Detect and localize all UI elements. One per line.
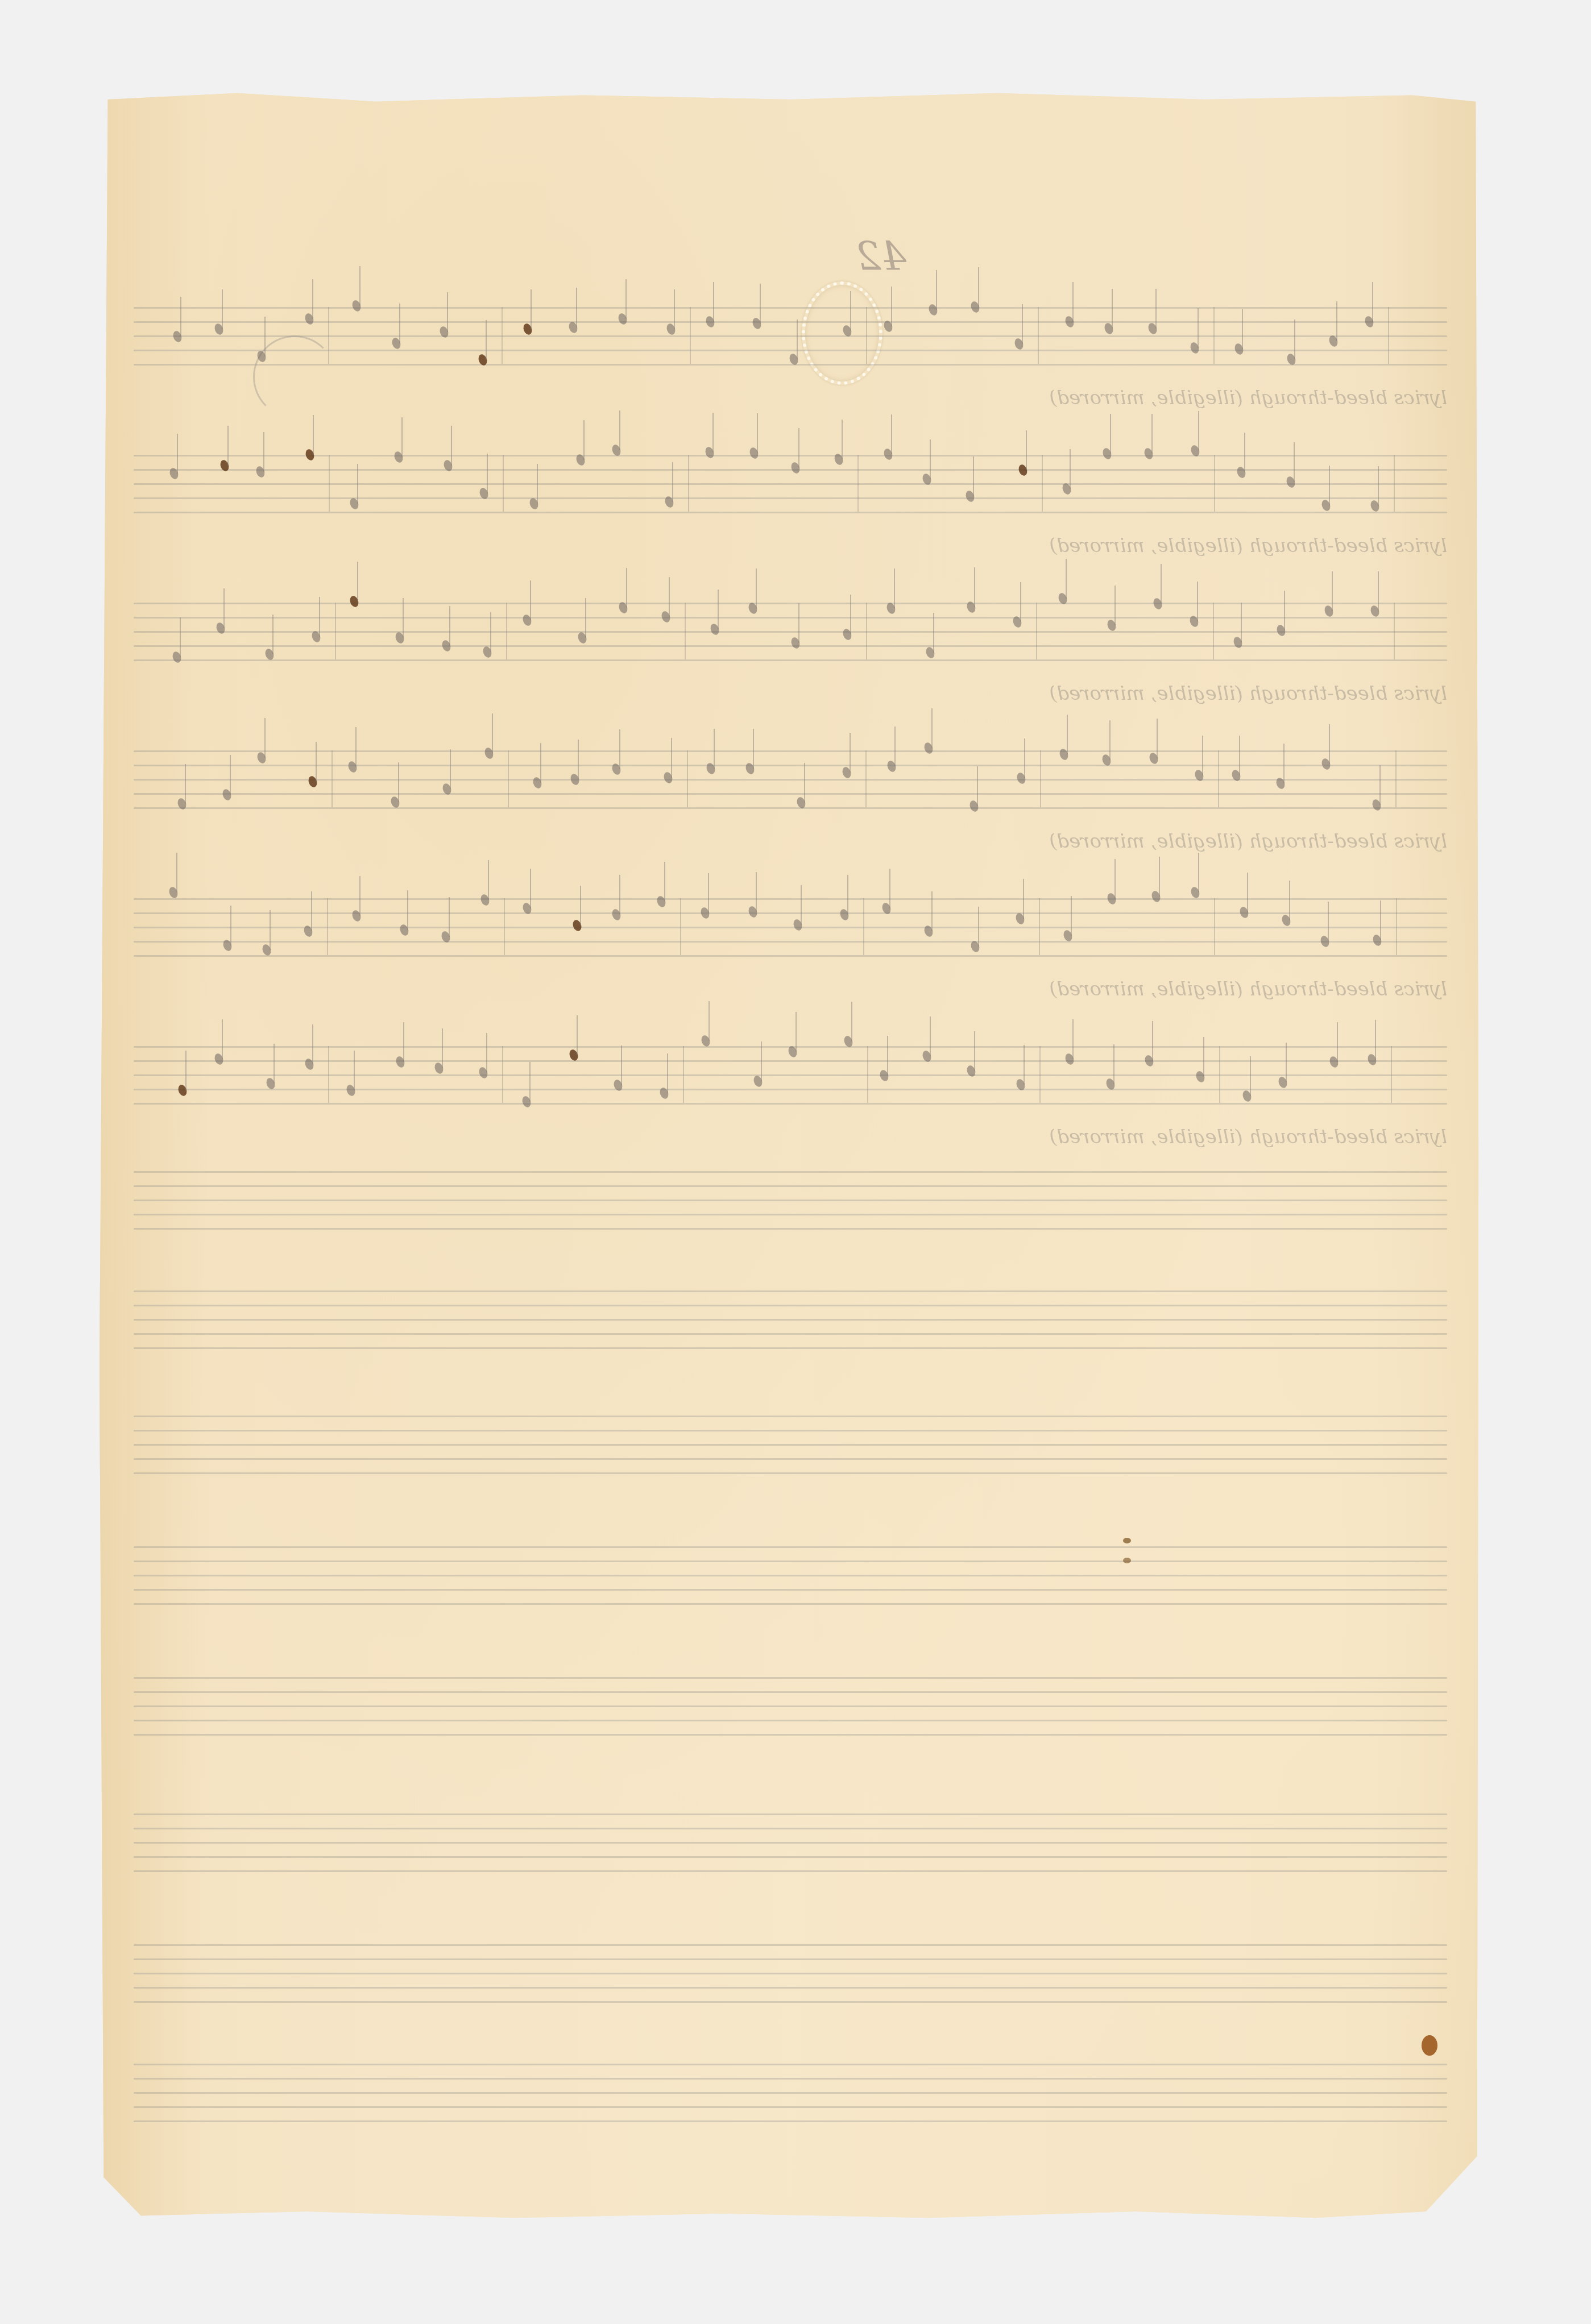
note-stem <box>761 1041 762 1081</box>
note-stem <box>176 853 177 893</box>
note-stem <box>1113 1044 1114 1084</box>
barline <box>504 898 505 955</box>
note-stem <box>797 319 798 359</box>
note-stem <box>530 580 531 620</box>
barline <box>1218 750 1219 807</box>
note-stem <box>359 876 361 916</box>
note-stem <box>1198 308 1199 348</box>
barline <box>502 1046 503 1103</box>
note-stem <box>1152 1021 1153 1061</box>
note-stem <box>1151 414 1153 454</box>
note-stem <box>1110 414 1111 454</box>
note-stem <box>851 1002 852 1041</box>
note-stem <box>674 289 675 329</box>
barline <box>332 750 333 807</box>
note-stem <box>486 1033 487 1073</box>
note-stem <box>671 738 672 778</box>
staff-5-lyric: lyrics bleed-through (illegible, mirrore… <box>134 978 1447 1001</box>
note-stem <box>316 742 317 782</box>
note-stem <box>1198 853 1199 893</box>
note-stem <box>669 577 670 617</box>
note-stem <box>1159 857 1160 897</box>
barline <box>866 307 867 364</box>
barline <box>503 455 504 512</box>
ink-stain <box>1422 2035 1437 2056</box>
note-stem <box>756 872 757 912</box>
note-stem <box>222 289 223 329</box>
barline <box>865 750 867 807</box>
note-stem <box>619 875 620 915</box>
barline <box>683 1046 684 1103</box>
note-stem <box>850 595 851 634</box>
note-stem <box>626 568 627 608</box>
note-stem <box>709 1001 710 1041</box>
staff-3-lyric: lyrics bleed-through (illegible, mirrore… <box>134 682 1447 705</box>
note-stem <box>530 869 531 908</box>
note-stem <box>223 588 225 628</box>
note-stem <box>1378 571 1379 611</box>
note-stem <box>973 457 974 496</box>
note-stem <box>1247 873 1248 912</box>
note-stem <box>1114 586 1116 625</box>
note-stem <box>1157 719 1158 758</box>
note-stem <box>795 1012 797 1052</box>
note-stem <box>804 763 805 803</box>
note-stem <box>492 713 493 753</box>
note-stem <box>442 1028 443 1068</box>
note-stem <box>486 320 487 360</box>
note-stem <box>312 1024 313 1064</box>
note-stem <box>222 1019 223 1059</box>
barline <box>1391 1046 1392 1103</box>
staff-5 <box>134 898 1447 955</box>
note-stem <box>1372 282 1373 322</box>
note-stem <box>1379 765 1381 805</box>
note-stem <box>1337 1022 1338 1062</box>
barline <box>1396 898 1397 955</box>
note-stem <box>1329 724 1330 764</box>
note-stem <box>490 612 491 652</box>
note-stem <box>621 1045 622 1085</box>
note-stem <box>578 740 579 779</box>
note-stem <box>585 598 586 638</box>
note-stem <box>1242 309 1243 349</box>
note-stem <box>1020 582 1021 622</box>
note-stem <box>625 279 627 319</box>
note-stem <box>313 415 314 455</box>
note-stem <box>311 891 312 931</box>
barline <box>506 603 507 659</box>
note-stem <box>185 1051 187 1090</box>
note-stem <box>1239 736 1240 775</box>
note-stem <box>1286 1043 1287 1082</box>
staff-7 <box>134 1171 1447 1228</box>
note-stem <box>272 615 274 654</box>
note-stem <box>718 590 719 629</box>
note-stem <box>449 897 450 937</box>
note-stem <box>274 1044 275 1084</box>
note-stem <box>664 862 665 902</box>
note-stem <box>359 266 361 306</box>
note-stem <box>1241 603 1242 642</box>
note-stem <box>529 1062 531 1102</box>
note-stem <box>1112 289 1113 329</box>
note-stem <box>708 873 709 913</box>
note-stem <box>1109 720 1111 760</box>
barline <box>866 603 867 659</box>
note-stem <box>757 413 758 453</box>
staff-6-lyric: lyrics bleed-through (illegible, mirrore… <box>134 1126 1447 1148</box>
note-stem <box>974 1031 975 1071</box>
barline <box>1039 1046 1041 1103</box>
note-stem <box>977 766 978 806</box>
note-stem <box>1329 466 1330 505</box>
note-stem <box>1155 289 1157 329</box>
note-stem <box>978 267 979 307</box>
note-stem <box>1161 564 1162 604</box>
note-stem <box>451 426 452 466</box>
barline <box>1213 307 1215 364</box>
barline <box>1042 455 1043 512</box>
note-stem <box>1380 900 1381 940</box>
barline <box>687 750 688 807</box>
note-stem <box>357 562 358 601</box>
note-stem <box>319 597 320 637</box>
barline <box>502 307 503 364</box>
barline <box>329 455 330 512</box>
note-stem <box>1294 319 1295 359</box>
note-stem <box>1202 736 1203 775</box>
note-stem <box>1066 559 1067 599</box>
note-stem <box>1332 571 1333 611</box>
note-stem <box>1070 449 1071 489</box>
barline <box>863 898 864 955</box>
staff-8 <box>134 1290 1447 1347</box>
barline <box>327 898 328 955</box>
note-stem <box>1024 1045 1025 1085</box>
note-stem <box>978 907 979 947</box>
note-stem <box>753 729 754 769</box>
note-stem <box>1197 582 1198 621</box>
note-stem <box>619 729 620 769</box>
note-stem <box>894 727 896 766</box>
ink-spot <box>1123 1538 1131 1543</box>
barline <box>1040 750 1041 807</box>
ink-spot <box>1123 1558 1131 1563</box>
note-stem <box>1023 879 1024 919</box>
barline <box>1214 898 1215 955</box>
note-stem <box>447 292 448 332</box>
note-stem <box>1336 301 1337 341</box>
note-stem <box>1375 1020 1376 1060</box>
note-stem <box>488 860 489 900</box>
note-stem <box>714 729 715 769</box>
barline <box>328 307 329 364</box>
note-stem <box>1284 591 1285 630</box>
note-stem <box>931 891 933 931</box>
note-stem <box>230 906 231 945</box>
note-stem <box>583 420 585 460</box>
staff-13 <box>134 1944 1447 2001</box>
note-stem <box>537 464 538 504</box>
note-stem <box>576 288 577 327</box>
barline <box>1394 603 1395 659</box>
note-stem <box>1198 411 1199 451</box>
note-stem <box>1289 881 1290 920</box>
barline <box>867 1046 868 1103</box>
note-stem <box>798 603 799 643</box>
staff-11 <box>134 1677 1447 1734</box>
note-stem <box>399 304 400 343</box>
note-stem <box>401 417 403 457</box>
note-stem <box>667 1053 668 1093</box>
note-stem <box>891 287 892 326</box>
note-stem <box>619 410 620 450</box>
note-stem <box>540 743 541 783</box>
note-stem <box>894 568 895 608</box>
note-stem <box>449 606 450 646</box>
note-stem <box>1114 859 1116 899</box>
note-stem <box>1294 442 1295 482</box>
note-stem <box>1378 466 1379 506</box>
note-stem <box>887 1036 888 1076</box>
note-stem <box>931 708 933 748</box>
manuscript-page: 42 lyrics bleed-through (illegible, mirr… <box>100 91 1481 2220</box>
note-stem <box>531 289 532 329</box>
barline <box>1219 1046 1220 1103</box>
note-stem <box>889 869 890 908</box>
barline <box>328 1046 329 1103</box>
note-stem <box>672 462 673 502</box>
note-stem <box>312 279 313 319</box>
note-stem <box>270 910 271 950</box>
staff-12 <box>134 1813 1447 1870</box>
barline <box>1038 307 1039 364</box>
note-stem <box>1024 738 1025 778</box>
note-stem <box>1026 430 1027 470</box>
note-stem <box>936 270 937 310</box>
note-stem <box>357 464 358 504</box>
staff-4-lyric: lyrics bleed-through (illegible, mirrore… <box>134 830 1447 853</box>
barline <box>335 603 336 659</box>
note-stem <box>1250 1056 1251 1096</box>
barline <box>1395 750 1397 807</box>
note-stem <box>713 282 714 322</box>
note-stem <box>933 613 934 653</box>
note-stem <box>264 317 266 356</box>
barline <box>1388 307 1389 364</box>
note-stem <box>850 733 851 773</box>
note-stem <box>891 414 892 454</box>
note-stem <box>930 439 931 479</box>
barline <box>685 603 686 659</box>
staff-2-lyric: lyrics bleed-through (illegible, mirrore… <box>134 534 1447 557</box>
note-stem <box>403 598 404 638</box>
barline <box>857 455 859 512</box>
staff-1-lyric: lyrics bleed-through (illegible, mirrore… <box>134 387 1447 409</box>
note-stem <box>230 755 231 795</box>
note-stem <box>450 749 451 789</box>
note-stem <box>847 875 848 915</box>
note-stem <box>185 764 186 804</box>
staff-2 <box>134 455 1447 512</box>
note-stem <box>1203 1037 1204 1077</box>
note-stem <box>1071 896 1072 936</box>
note-stem <box>577 1015 578 1055</box>
note-stem <box>801 885 802 925</box>
note-stem <box>263 432 264 472</box>
note-stem <box>227 426 229 466</box>
staff-9 <box>134 1416 1447 1472</box>
note-stem <box>1328 902 1329 941</box>
note-stem <box>580 886 581 926</box>
note-stem <box>177 434 178 474</box>
note-stem <box>180 297 181 337</box>
note-stem <box>398 762 399 802</box>
note-stem <box>180 617 181 657</box>
note-stem <box>1067 715 1068 754</box>
note-stem <box>264 718 266 758</box>
note-stem <box>1072 282 1074 322</box>
note-stem <box>798 428 799 468</box>
note-stem <box>930 1016 931 1056</box>
note-stem <box>760 284 761 323</box>
note-stem <box>403 1022 404 1062</box>
barline <box>508 750 509 807</box>
staff-10 <box>134 1546 1447 1603</box>
barline <box>690 307 691 364</box>
barline <box>1039 898 1040 955</box>
barline <box>688 455 689 512</box>
barline <box>680 898 681 955</box>
note-stem <box>1022 304 1023 344</box>
barline <box>1213 603 1214 659</box>
note-stem <box>1072 1019 1074 1059</box>
folio-number: 42 <box>856 233 906 280</box>
barline <box>1036 603 1037 659</box>
note-stem <box>407 890 408 930</box>
barline <box>1394 455 1395 512</box>
note-stem <box>850 291 851 331</box>
note-stem <box>354 1051 355 1090</box>
note-stem <box>1283 744 1285 783</box>
note-stem <box>756 568 757 608</box>
staff-4 <box>134 750 1447 807</box>
staff-14 <box>134 2064 1447 2120</box>
staff-3 <box>134 603 1447 659</box>
note-stem <box>487 454 488 493</box>
note-stem <box>712 413 714 453</box>
note-stem <box>842 420 843 459</box>
note-stem <box>355 727 357 767</box>
barline <box>1214 455 1215 512</box>
note-stem <box>974 567 975 607</box>
note-stem <box>1244 433 1245 472</box>
